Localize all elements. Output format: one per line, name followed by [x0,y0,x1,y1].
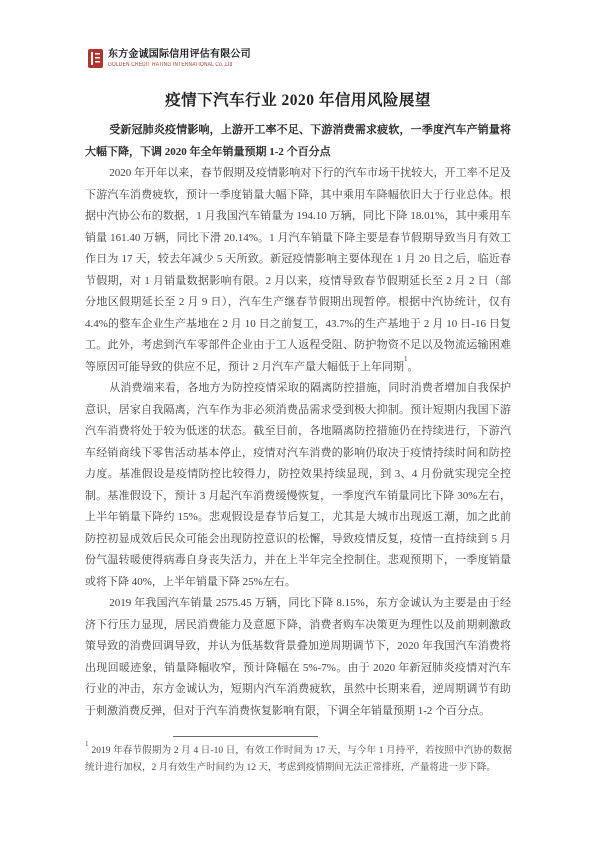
abstract-paragraph: 受新冠肺炎疫情影响，上游开工率不足、下游消费需求疲软，一季度汽车产销量将大幅下降… [85,120,511,163]
body-paragraph-3: 2019 年我国汽车销量 2575.45 万辆，同比下降 8.15%，东方金诚认… [85,593,511,722]
footnote-marker: 1 [85,740,89,748]
paragraph-text: 2019 年我国汽车销量 2575.45 万辆，同比下降 8.15%，东方金诚认… [85,597,511,717]
paragraph-text-tail: 。 [408,361,419,373]
document-title: 疫情下汽车行业 2020 年信用风险展望 [85,90,511,111]
footnote-text: 2019 年春节假期为 2 月 4 日-10 日，有效工作时间为 17 天，与今… [85,746,512,773]
paragraph-text: 从消费端来看，各地方为防控疫情采取的隔离防控措施，同时消费者增加自我保护意识，居… [85,382,511,588]
footnote: 12019 年春节假期为 2 月 4 日-10 日，有效工作时间为 17 天，与… [85,743,512,777]
body-paragraph-2: 从消费端来看，各地方为防控疫情采取的隔离防控措施，同时消费者增加自我保护意识，居… [85,378,511,593]
paragraph-text: 2020 年开年以来，春节假期及疫情影响对下行的汽车市场干扰较大，开工率不足及下… [85,167,511,373]
footnote-separator [173,736,318,737]
document-body: 疫情下汽车行业 2020 年信用风险展望 受新冠肺炎疫情影响，上游开工率不足、下… [85,0,511,722]
footnote-reference: 1 [404,355,408,363]
body-paragraph-1: 2020 年开年以来，春节假期及疫情影响对下行的汽车市场干扰较大，开工率不足及下… [85,163,511,378]
